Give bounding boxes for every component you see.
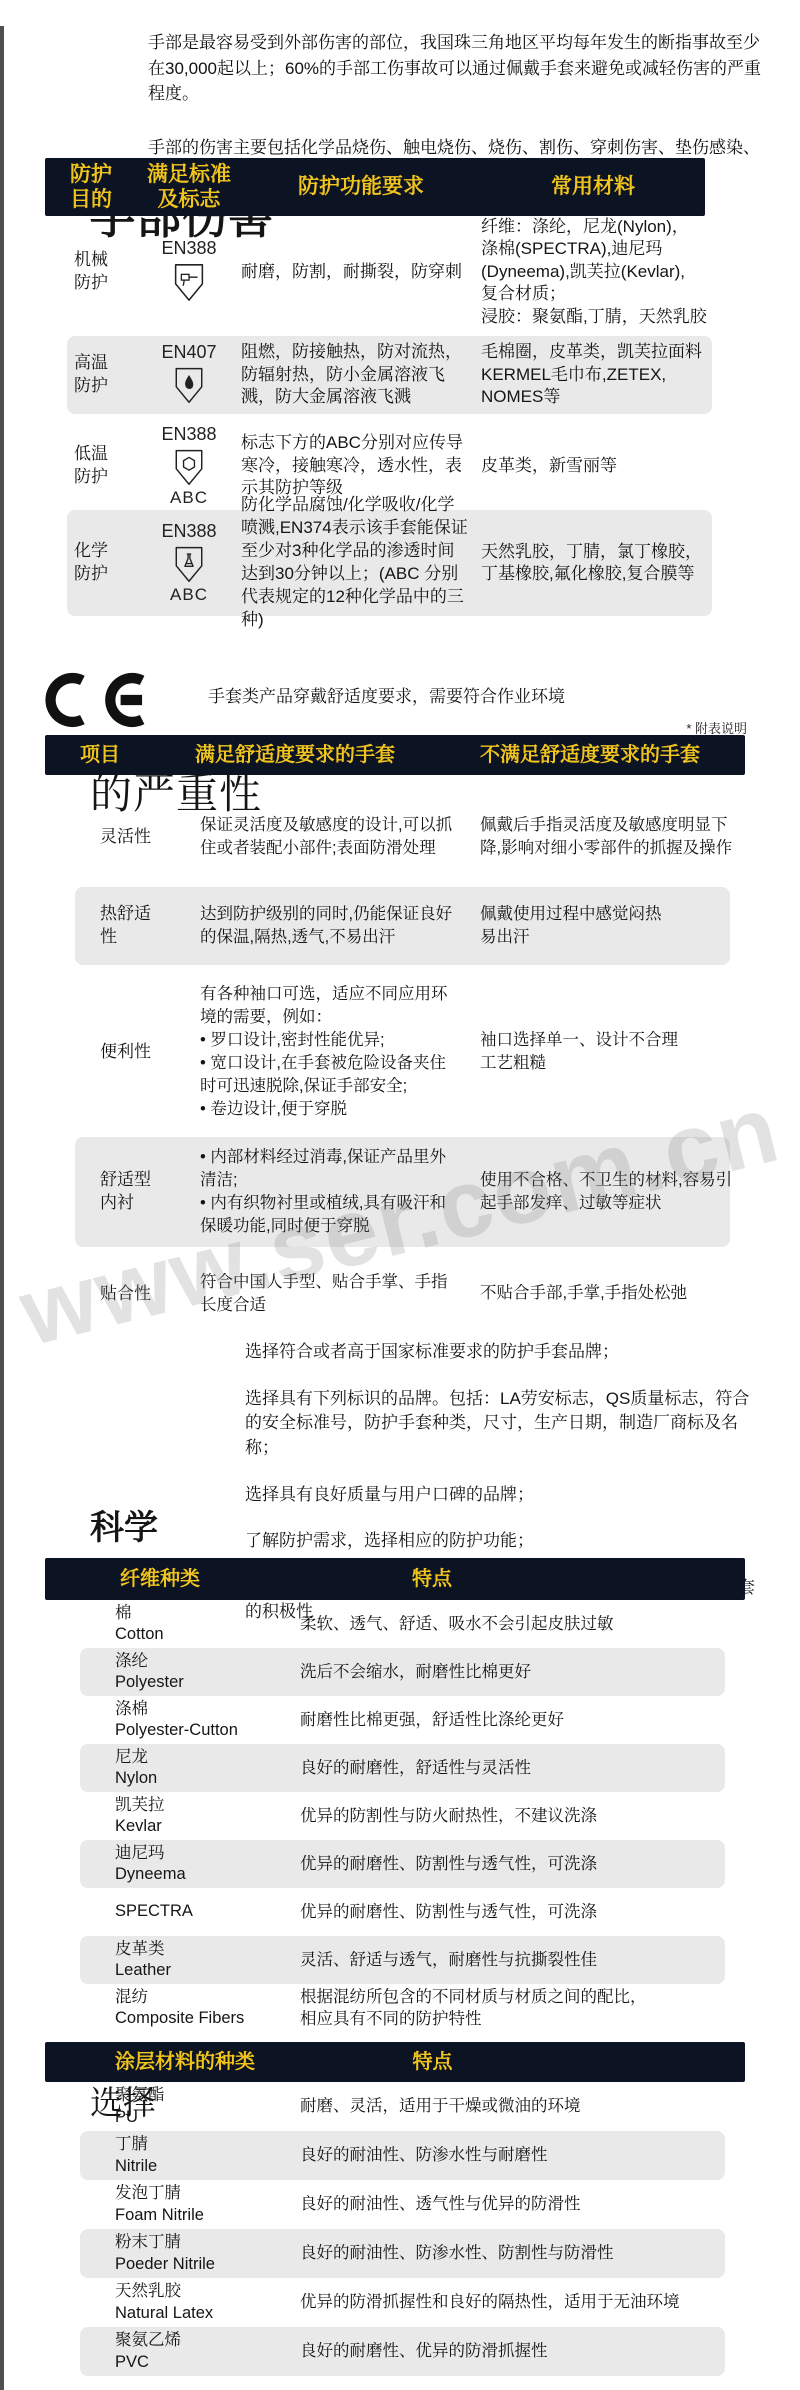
material-name-cn: 发泡丁腈 [115,2183,300,2204]
hammer-shield-icon [171,261,207,303]
item-cell: 便利性 [45,1041,200,1064]
material-feature-cell: 耐磨性比棉更强，舒适性比涤纶更好 [300,1709,740,1731]
material-feature-cell: 优异的耐磨性、防割性与透气性，可洗涤 [300,1901,740,1923]
table-row: 天然乳胶 Natural Latex 优异的防滑抓握性和良好的隔热性，适用于无油… [45,2278,755,2327]
good-cell: 达到防护级别的同时,仍能保证良好的保温,隔热,透气,不易出汗 [200,903,480,949]
header-good-gloves: 满足舒适度要求的手套 [155,743,435,767]
table-row: 低温防护 EN388 ABC 标志下方的ABC分别对应传导寒冷，接触寒冷，透水性… [45,430,795,502]
material-feature-cell: 灵活、舒适与透气，耐磨性与抗撕裂性佳 [300,1949,740,1971]
ce-section: 手套类产品穿戴舒适度要求，需要符合作业环境 * 附表说明 [45,672,755,734]
header-bad-gloves: 不满足舒适度要求的手套 [435,743,745,767]
material-name-en: Polyester [115,1672,300,1693]
good-cell: 保证灵活度及敏感度的设计,可以抓住或者装配小部件;表面防滑处理 [200,814,480,860]
material-name-cn: 聚氨酯 [115,2085,300,2106]
bad-cell: 使用不合格、不卫生的材料,容易引起手部发痒、过敏等症状 [480,1169,745,1215]
bad-cell: 佩戴使用过程中感觉闷热 易出汗 [480,903,745,949]
standard-code: EN407 [137,343,241,363]
table-row: 涤纶 Polyester 洗后不会缩水，耐磨性比棉更好 [45,1648,755,1696]
table-row: 混纺 Composite Fibers 根据混纺所包含的不同材质与材质之间的配比… [45,1984,755,2032]
bad-cell: 不贴合手部,手掌,手指处松弛 [480,1282,745,1305]
fiber-table: 纤维种类 特点 棉 Cotton 柔软、透气、舒适、吸水不会引起皮肤过敏 涤纶 … [45,1558,755,2032]
material-name-cn: 凯芙拉 [115,1795,300,1816]
material-name-cn: 涤纶 [115,1651,300,1672]
table-row: 机械防护 EN388 耐磨，防割，耐撕裂，防穿刺 纤维：涤纶，尼龙(Nylon)… [45,216,795,328]
header-features: 特点 [325,2050,540,2074]
table-row: 便利性 有各种袖口可选，适应不同应用环境的需要，例如： • 罗口设计,密封性能优… [45,977,755,1127]
table-row: 丁腈 Nitrile 良好的耐油性、防渗水性与耐磨性 [45,2131,755,2180]
material-name-cn: 皮革类 [115,1939,300,1960]
material-name-en: SPECTRA [115,1901,300,1922]
standard-sub-label: ABC [137,489,241,508]
material-name-en: PU [115,2107,300,2128]
material-name-cell: 凯芙拉 Kevlar [45,1795,300,1838]
material-name-cell: 涤纶 Polyester [45,1651,300,1694]
flame-shield-icon [172,365,206,405]
material-name-en: Nylon [115,1768,300,1789]
material-name-cn: 聚氨乙烯 [115,2330,300,2351]
coating-table-header: 涂层材料的种类 特点 [45,2042,745,2082]
selection-paragraph-2: 选择具有下列标识的品牌。包括：LA劳安标志，QS质量标志，符合的安全标准号，防护… [245,1387,765,1461]
comfort-table-header: 项目 满足舒适度要求的手套 不满足舒适度要求的手套 [45,735,745,775]
material-feature-cell: 良好的耐磨性、优异的防滑抓握性 [300,2340,740,2362]
header-fiber-type: 纤维种类 [45,1567,275,1591]
material-name-cell: 迪尼玛 Dyneema [45,1843,300,1886]
material-name-cn: 丁腈 [115,2134,300,2155]
material-name-cell: 聚氨乙烯 PVC [45,2330,300,2373]
material-name-cn: 尼龙 [115,1747,300,1768]
fiber-table-header: 纤维种类 特点 [45,1558,745,1600]
table-row: 粉末丁腈 Poeder Nitrile 良好的耐油性、防渗水性、防割性与防滑性 [45,2229,755,2278]
table-row: 皮革类 Leather 灵活、舒适与透气，耐磨性与抗撕裂性佳 [45,1936,755,1984]
requirements-cell: 防化学品腐蚀/化学吸收/化学喷溅,EN374表示该手套能保证至少对3种化学品的渗… [241,494,481,632]
standard-code: EN388 [137,522,241,542]
item-cell: 灵活性 [45,826,200,849]
material-feature-cell: 柔软、透气、舒适、吸水不会引起皮肤过敏 [300,1613,740,1635]
ce-note: 手套类产品穿戴舒适度要求，需要符合作业环境 [208,682,565,707]
materials-cell: 皮革类，新雪丽等 [481,455,786,477]
header-item: 项目 [45,743,155,767]
good-cell: 符合中国人手型、贴合手掌、手指长度合适 [200,1271,480,1317]
selection-paragraph-1: 选择符合或者高于国家标准要求的防护手套品牌； [245,1340,765,1365]
table-row: 迪尼玛 Dyneema 优异的耐磨性、防割性与透气性，可洗涤 [45,1840,755,1888]
item-cell: 舒适型内衬 [45,1169,200,1215]
material-feature-cell: 根据混纺所包含的不同材质与材质之间的配比， 相应具有不同的防护特性 [300,1986,740,2031]
material-name-en: PVC [115,2352,300,2373]
ce-mark-icon [45,672,157,728]
standard-cell: EN407 [137,343,241,407]
material-name-cn: 粉末丁腈 [115,2232,300,2253]
material-name-cell: 发泡丁腈 Foam Nitrile [45,2183,300,2226]
material-name-cn: 天然乳胶 [115,2281,300,2302]
material-name-en: Cotton [115,1624,300,1645]
material-name-cell: 混纺 Composite Fibers [45,1987,300,2030]
standard-code: EN388 [137,425,241,445]
table-row: 聚氨乙烯 PVC 良好的耐磨性、优异的防滑抓握性 [45,2327,755,2376]
material-name-cell: 尼龙 Nylon [45,1747,300,1790]
table-row: 涤棉 Polyester-Cutton 耐磨性比棉更强，舒适性比涤纶更好 [45,1696,755,1744]
material-name-en: Composite Fibers [115,2008,300,2029]
material-feature-cell: 良好的耐磨性，舒适性与灵活性 [300,1757,740,1779]
material-name-cn: 涤棉 [115,1699,300,1720]
material-name-en: Leather [115,1960,300,1981]
header-standard-label: 满足标准及标志 [141,162,237,212]
material-name-cell: 粉末丁腈 Poeder Nitrile [45,2232,300,2275]
standard-cell: EN388 ABC [137,425,241,507]
table-row: 尼龙 Nylon 良好的耐磨性，舒适性与灵活性 [45,1744,755,1792]
protection-table: 防护目的 满足标准及标志 防护功能要求 常用材料 机械防护 EN388 耐磨，防… [45,158,795,616]
material-feature-cell: 良好的耐油性、防渗水性、防割性与防滑性 [300,2242,740,2264]
material-feature-cell: 耐磨、灵活，适用于干燥或微油的环境 [300,2095,740,2117]
materials-cell: 天然乳胶，丁腈，氯丁橡胶， 丁基橡胶,氟化橡胶,复合膜等 [481,541,786,586]
bad-cell: 佩戴后手指灵活度及敏感度明显下降,影响对细小零部件的抓握及操作 [480,814,745,860]
table-row: 棉 Cotton 柔软、透气、舒适、吸水不会引起皮肤过敏 [45,1600,755,1648]
table-row: 聚氨酯 PU 耐磨、灵活，适用于干燥或微油的环境 [45,2082,755,2131]
header-requirements: 防护功能要求 [241,174,481,199]
table-row: 贴合性 符合中国人手型、贴合手掌、手指长度合适 不贴合手部,手掌,手指处松弛 [45,1263,755,1325]
header-materials: 常用材料 [481,174,705,199]
cold-shield-icon [172,447,206,487]
table-row: 热舒适性 达到防护级别的同时,仍能保证良好的保温,隔热,透气,不易出汗 佩戴使用… [45,887,755,965]
materials-cell: 毛棉圈，皮革类，凯芙拉面料 KERMEL毛巾布,ZETEX, NOMES等 [481,341,786,408]
material-name-en: Nitrile [115,2156,300,2177]
material-feature-cell: 优异的防割性与防火耐热性，不建议洗涤 [300,1805,740,1827]
protection-table-header: 防护目的 满足标准及标志 防护功能要求 常用材料 [45,158,705,216]
requirements-cell: 耐磨，防割，耐撕裂，防穿刺 [241,261,481,284]
material-name-en: Dyneema [115,1864,300,1885]
purpose-cell: 化学防护 [45,540,137,586]
material-name-cn: 混纺 [115,1987,300,2008]
material-name-cell: SPECTRA [45,1901,300,1922]
material-name-en: Natural Latex [115,2303,300,2324]
material-feature-cell: 良好的耐油性、防渗水性与耐磨性 [300,2144,740,2166]
materials-cell: 纤维：涤纶，尼龙(Nylon)， 涤棉(SPECTRA),迪尼玛 (Dyneem… [481,216,786,328]
bad-cell: 袖口选择单一、设计不合理 工艺粗糙 [480,1029,745,1075]
selection-title-bold: 科学 [90,1500,800,1549]
comfort-table: 项目 满足舒适度要求的手套 不满足舒适度要求的手套 灵活性 保证灵活度及敏感度的… [45,735,755,1325]
table-row: 发泡丁腈 Foam Nitrile 良好的耐油性、透气性与优异的防滑性 [45,2180,755,2229]
material-name-cell: 棉 Cotton [45,1603,300,1646]
material-name-en: Kevlar [115,1816,300,1837]
standard-code: EN388 [137,239,241,259]
header-purpose-label: 防护目的 [67,162,115,212]
standard-sub-label: ABC [137,586,241,605]
material-name-cell: 皮革类 Leather [45,1939,300,1982]
material-name-en: Poeder Nitrile [115,2254,300,2275]
table-row: 化学防护 EN388 ABC 防化学品腐蚀/化学吸收/化学喷溅,EN374表示该… [45,510,795,616]
material-name-cell: 涤棉 Polyester-Cutton [45,1699,300,1742]
material-name-cn: 迪尼玛 [115,1843,300,1864]
purpose-cell: 高温防护 [45,352,137,398]
requirements-cell: 阻燃，防接触热，防对流热，防辐射热，防小金属溶液飞溅，防大金属溶液飞溅 [241,341,481,410]
material-name-en: Foam Nitrile [115,2205,300,2226]
header-features: 特点 [275,1567,589,1591]
material-name-cell: 天然乳胶 Natural Latex [45,2281,300,2324]
table-row: 凯芙拉 Kevlar 优异的防割性与防火耐热性，不建议洗涤 [45,1792,755,1840]
table-row: 灵活性 保证灵活度及敏感度的设计,可以抓住或者装配小部件;表面防滑处理 佩戴后手… [45,791,755,883]
header-coating-type: 涂层材料的种类 [45,2050,325,2074]
standard-cell: EN388 ABC [137,522,241,604]
material-name-cn: 棉 [115,1603,300,1624]
purpose-cell: 低温防护 [45,443,137,489]
material-name-en: Polyester-Cutton [115,1720,300,1741]
purpose-cell: 机械防护 [45,249,137,295]
table-row: 高温防护 EN407 阻燃，防接触热，防对流热，防辐射热，防小金属溶液飞溅，防大… [45,336,795,414]
requirements-cell: 标志下方的ABC分别对应传导寒冷，接触寒冷，透水性，表示其防护等级 [241,432,481,501]
header-standard: 满足标准及标志 [137,162,241,212]
chemical-shield-icon [172,544,206,584]
header-purpose: 防护目的 [45,162,137,212]
coating-table: 涂层材料的种类 特点 聚氨酯 PU 耐磨、灵活，适用于干燥或微油的环境 丁腈 N… [45,2042,755,2376]
hand-protection-infographic: 手部伤害 的严重性 手部是最容易受到外部伤害的部位，我国珠三角地区平均每年发生的… [0,0,800,2390]
material-feature-cell: 洗后不会缩水，耐磨性比棉更好 [300,1661,740,1683]
page-left-border [0,26,4,2390]
good-cell: • 内部材料经过消毒,保证产品里外清洁; • 内有织物衬里或植绒,具有吸汗和保暖… [200,1146,480,1238]
material-feature-cell: 优异的耐磨性、防割性与透气性，可洗涤 [300,1853,740,1875]
material-name-cell: 聚氨酯 PU [45,2085,300,2128]
material-feature-cell: 优异的防滑抓握性和良好的隔热性，适用于无油环境 [300,2291,740,2313]
table-row: 舒适型内衬 • 内部材料经过消毒,保证产品里外清洁; • 内有织物衬里或植绒,具… [45,1137,755,1247]
item-cell: 热舒适性 [45,903,200,949]
intro-paragraph-1: 手部是最容易受到外部伤害的部位，我国珠三角地区平均每年发生的断指事故至少在30,… [148,30,765,107]
table-row: SPECTRA 优异的耐磨性、防割性与透气性，可洗涤 [45,1888,755,1936]
standard-cell: EN388 [137,239,241,305]
good-cell: 有各种袖口可选，适应不同应用环境的需要，例如： • 罗口设计,密封性能优异; •… [200,983,480,1122]
material-feature-cell: 良好的耐油性、透气性与优异的防滑性 [300,2193,740,2215]
item-cell: 贴合性 [45,1283,200,1306]
material-name-cell: 丁腈 Nitrile [45,2134,300,2177]
